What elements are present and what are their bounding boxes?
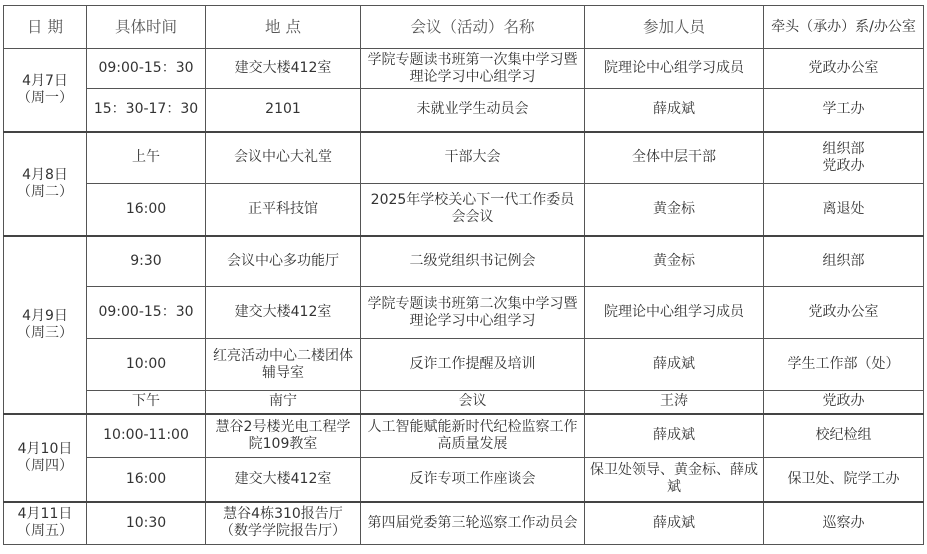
meeting-cell: 未就业学生动员会 (361, 89, 585, 132)
time-cell: 9:30 (87, 236, 206, 287)
attendees-cell: 黄金标 (585, 184, 764, 236)
meeting-cell: 会议 (361, 391, 585, 414)
organizer-cell: 组织部 (764, 236, 924, 287)
meeting-schedule-table: 日 期 具体时间 地 点 会议（活动）名称 参加人员 牵头（承办）系/办公室 4… (3, 5, 924, 545)
date-label: 4月8日 (8, 167, 82, 184)
organizer-line: 组织部 (768, 141, 919, 158)
attendees-cell: 黄金标 (585, 236, 764, 287)
location-cell: 慧谷2号楼光电工程学院109教室 (206, 414, 361, 458)
location-cell: 建交大楼412室 (206, 458, 361, 502)
attendees-cell: 薛成斌 (585, 89, 764, 132)
location-cell: 会议中心多功能厅 (206, 236, 361, 287)
meeting-cell: 反诈工作提醒及培训 (361, 339, 585, 391)
organizer-line: 党政办 (768, 158, 919, 175)
meeting-cell: 人工智能赋能新时代纪检监察工作高质量发展 (361, 414, 585, 458)
header-location: 地 点 (206, 6, 361, 49)
meeting-cell: 学院专题读书班第二次集中学习暨理论学习中心组学习 (361, 287, 585, 339)
table-row: 16:00 正平科技馆 2025年学校关心下一代工作委员会会议 黄金标 离退处 (4, 184, 924, 236)
time-cell: 10:00-11:00 (87, 414, 206, 458)
meeting-cell: 学院专题读书班第一次集中学习暨理论学习中心组学习 (361, 49, 585, 89)
organizer-cell: 学工办 (764, 89, 924, 132)
date-label: 4月9日 (8, 308, 82, 325)
weekday-label: （周五） (8, 523, 82, 540)
header-row: 日 期 具体时间 地 点 会议（活动）名称 参加人员 牵头（承办）系/办公室 (4, 6, 924, 49)
date-label: 4月11日 (8, 506, 82, 523)
date-cell: 4月11日 （周五） (4, 502, 87, 545)
time-cell: 10:30 (87, 502, 206, 545)
time-cell: 16:00 (87, 458, 206, 502)
organizer-cell: 学生工作部（处） (764, 339, 924, 391)
weekday-label: （周三） (8, 325, 82, 342)
time-cell: 上午 (87, 132, 206, 184)
attendees-cell: 保卫处领导、黄金标、薛成斌 (585, 458, 764, 502)
attendees-cell: 薛成斌 (585, 502, 764, 545)
time-cell: 15：30-17：30 (87, 89, 206, 132)
attendees-cell: 薛成斌 (585, 339, 764, 391)
date-label: 4月7日 (8, 73, 82, 90)
table-row: 4月9日 （周三） 9:30 会议中心多功能厅 二级党组织书记例会 黄金标 组织… (4, 236, 924, 287)
table-row: 15：30-17：30 2101 未就业学生动员会 薛成斌 学工办 (4, 89, 924, 132)
header-attendees: 参加人员 (585, 6, 764, 49)
header-time: 具体时间 (87, 6, 206, 49)
attendees-cell: 院理论中心组学习成员 (585, 49, 764, 89)
meeting-cell: 二级党组织书记例会 (361, 236, 585, 287)
organizer-cell: 保卫处、院学工办 (764, 458, 924, 502)
weekday-label: （周四） (8, 458, 82, 475)
meeting-cell: 2025年学校关心下一代工作委员会会议 (361, 184, 585, 236)
meeting-cell: 干部大会 (361, 132, 585, 184)
date-cell: 4月8日 （周二） (4, 132, 87, 236)
date-cell: 4月10日 （周四） (4, 414, 87, 502)
meeting-cell: 反诈专项工作座谈会 (361, 458, 585, 502)
date-label: 4月10日 (8, 441, 82, 458)
organizer-cell: 校纪检组 (764, 414, 924, 458)
table-row: 4月8日 （周二） 上午 会议中心大礼堂 干部大会 全体中层干部 组织部 党政办 (4, 132, 924, 184)
location-cell: 正平科技馆 (206, 184, 361, 236)
location-cell: 南宁 (206, 391, 361, 414)
date-cell: 4月7日 （周一） (4, 49, 87, 132)
date-cell: 4月9日 （周三） (4, 236, 87, 414)
organizer-cell: 巡察办 (764, 502, 924, 545)
table-row: 10:00 红亮活动中心二楼团体辅导室 反诈工作提醒及培训 薛成斌 学生工作部（… (4, 339, 924, 391)
attendees-cell: 全体中层干部 (585, 132, 764, 184)
location-cell: 建交大楼412室 (206, 287, 361, 339)
attendees-cell: 薛成斌 (585, 414, 764, 458)
time-cell: 10:00 (87, 339, 206, 391)
organizer-cell: 党政办公室 (764, 287, 924, 339)
location-cell: 慧谷4栋310报告厅（数学学院报告厅） (206, 502, 361, 545)
header-organizer: 牵头（承办）系/办公室 (764, 6, 924, 49)
header-meeting: 会议（活动）名称 (361, 6, 585, 49)
table-row: 4月10日 （周四） 10:00-11:00 慧谷2号楼光电工程学院109教室 … (4, 414, 924, 458)
organizer-cell: 党政办 (764, 391, 924, 414)
location-cell: 会议中心大礼堂 (206, 132, 361, 184)
location-cell: 2101 (206, 89, 361, 132)
table-row: 09:00-15：30 建交大楼412室 学院专题读书班第二次集中学习暨理论学习… (4, 287, 924, 339)
weekday-label: （周二） (8, 184, 82, 201)
attendees-cell: 院理论中心组学习成员 (585, 287, 764, 339)
time-cell: 09:00-15：30 (87, 287, 206, 339)
organizer-cell: 离退处 (764, 184, 924, 236)
table-row: 16:00 建交大楼412室 反诈专项工作座谈会 保卫处领导、黄金标、薛成斌 保… (4, 458, 924, 502)
header-date: 日 期 (4, 6, 87, 49)
organizer-cell: 党政办公室 (764, 49, 924, 89)
table-row: 4月7日 （周一） 09:00-15：30 建交大楼412室 学院专题读书班第一… (4, 49, 924, 89)
table-row: 4月11日 （周五） 10:30 慧谷4栋310报告厅（数学学院报告厅） 第四届… (4, 502, 924, 545)
attendees-cell: 王涛 (585, 391, 764, 414)
time-cell: 下午 (87, 391, 206, 414)
time-cell: 09:00-15：30 (87, 49, 206, 89)
location-cell: 红亮活动中心二楼团体辅导室 (206, 339, 361, 391)
organizer-cell: 组织部 党政办 (764, 132, 924, 184)
weekday-label: （周一） (8, 90, 82, 107)
time-cell: 16:00 (87, 184, 206, 236)
location-cell: 建交大楼412室 (206, 49, 361, 89)
meeting-cell: 第四届党委第三轮巡察工作动员会 (361, 502, 585, 545)
table-row: 下午 南宁 会议 王涛 党政办 (4, 391, 924, 414)
